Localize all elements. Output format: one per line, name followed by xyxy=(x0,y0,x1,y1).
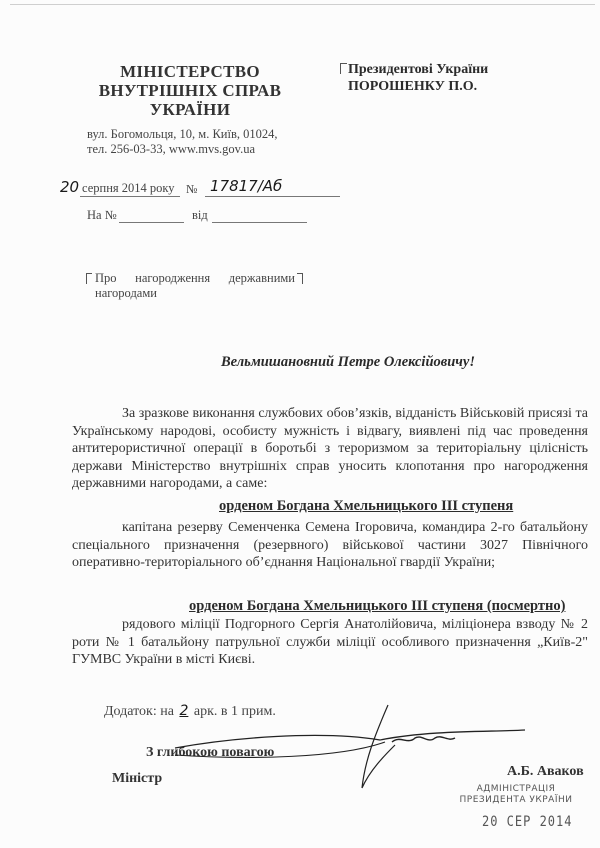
award-recipient-1: капітана резерву Семенченка Семена Ігоро… xyxy=(72,519,588,572)
addressee-block: Президентові України ПОРОШЕНКУ П.О. xyxy=(348,61,488,95)
stamp-date: 20 СЕР 2014 xyxy=(482,813,572,830)
subject-line-1: Про нагородження державними xyxy=(95,271,295,286)
ministry-line-1: МІНІСТЕРСТВО xyxy=(95,62,285,81)
subject-bracket-right xyxy=(297,273,303,284)
subject-word: державними xyxy=(229,271,295,286)
attachment-prefix: Додаток: на xyxy=(104,704,174,719)
signer-position: Міністр xyxy=(112,771,162,787)
date-underline xyxy=(80,196,180,197)
date-text: серпня 2014 року xyxy=(82,181,175,196)
body-paragraph-intro: За зразкове виконання службових обов’язк… xyxy=(72,405,588,493)
number-underline xyxy=(205,196,340,197)
number-label: № xyxy=(186,182,197,197)
ministry-address: вул. Богомольця, 10, м. Київ, 01024, тел… xyxy=(87,127,277,157)
ministry-letterhead: МІНІСТЕРСТВО ВНУТРІШНІХ СПРАВ УКРАЇНИ xyxy=(95,62,285,119)
ministry-line-3: УКРАЇНИ xyxy=(95,100,285,119)
ministry-line-2: ВНУТРІШНІХ СПРАВ xyxy=(95,81,285,100)
address-contacts: тел. 256-03-33, www.mvs.gov.ua xyxy=(87,142,277,157)
handwritten-day: 20 xyxy=(60,178,79,196)
award-recipient-2: рядового міліції Подгорного Сергія Анато… xyxy=(72,616,588,669)
subject-line-2: нагородами xyxy=(95,286,295,301)
subject-bracket-left xyxy=(86,273,92,284)
addressee-title: Президентові України xyxy=(348,61,488,78)
reply-reference-line: На № від xyxy=(87,208,307,228)
addressee-corner-mark xyxy=(340,63,347,74)
handwritten-reg-number: 17817/Аб xyxy=(210,177,282,195)
received-stamp: АДМІНІСТРАЦІЯ ПРЕЗИДЕНТА УКРАЇНИ xyxy=(446,784,586,806)
subject-word: нагородження xyxy=(135,271,210,286)
subject-word: Про xyxy=(95,271,117,286)
handwritten-signature-icon xyxy=(170,700,530,790)
subject-block: Про нагородження державними нагородами xyxy=(95,271,295,301)
reply-to-label: На № xyxy=(87,208,117,223)
signer-name: А.Б. Аваков xyxy=(507,764,584,780)
award-title-2: орденом Богдана Хмельницького ІІІ ступен… xyxy=(189,598,565,615)
award-title-1: орденом Богдана Хмельницького ІІІ ступен… xyxy=(219,498,513,515)
from-label: від xyxy=(192,208,208,223)
page-edge-line xyxy=(10,4,595,5)
letter-page: МІНІСТЕРСТВО ВНУТРІШНІХ СПРАВ УКРАЇНИ ву… xyxy=(0,0,600,848)
salutation: Вельмишановний Петре Олексійовичу! xyxy=(221,354,475,371)
address-street: вул. Богомольця, 10, м. Київ, 01024, xyxy=(87,127,277,142)
reply-date-blank xyxy=(212,222,307,223)
stamp-line-1: АДМІНІСТРАЦІЯ xyxy=(446,784,586,795)
reply-number-blank xyxy=(119,222,184,223)
registration-line: 20 серпня 2014 року № 17817/Аб xyxy=(60,178,300,200)
addressee-name: ПОРОШЕНКУ П.О. xyxy=(348,78,488,95)
stamp-line-2: ПРЕЗИДЕНТА УКРАЇНИ xyxy=(446,795,586,806)
